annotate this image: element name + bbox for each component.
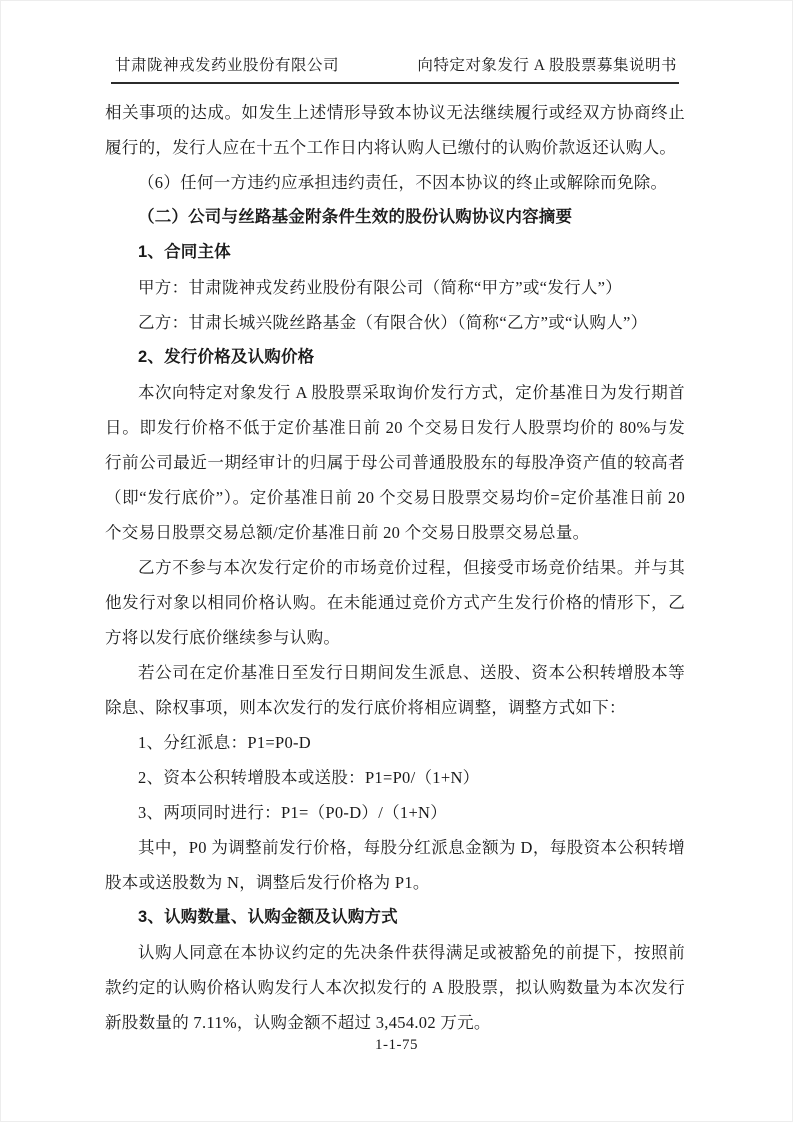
paragraph: 本次向特定对象发行 A 股股票采取询价发行方式，定价基准日为发行期首日。即发行价…	[105, 375, 685, 550]
paragraph: 若公司在定价基准日至发行日期间发生派息、送股、资本公积转增股本等除息、除权事项，…	[105, 655, 685, 725]
paragraph: 2、资本公积转增股本或送股：P1=P0/（1+N）	[105, 760, 685, 795]
paragraph: 乙方不参与本次发行定价的市场竞价过程，但接受市场竞价结果。并与其他发行对象以相同…	[105, 550, 685, 655]
header-company-name: 甘肃陇神戎发药业股份有限公司	[111, 53, 339, 75]
paragraph: 其中，P0 为调整前发行价格，每股分红派息金额为 D，每股资本公积转增股本或送股…	[105, 830, 685, 900]
paragraph: 相关事项的达成。如发生上述情形导致本协议无法继续履行或经双方协商终止履行的，发行…	[105, 95, 685, 165]
header-document-title: 向特定对象发行 A 股股票募集说明书	[417, 53, 679, 75]
paragraph: 认购人同意在本协议约定的先决条件获得满足或被豁免的前提下，按照前款约定的认购价格…	[105, 935, 685, 1040]
document-body: 相关事项的达成。如发生上述情形导致本协议无法继续履行或经双方协商终止履行的，发行…	[105, 95, 685, 1040]
document-page: 甘肃陇神戎发药业股份有限公司 向特定对象发行 A 股股票募集说明书 相关事项的达…	[0, 0, 793, 1122]
page-footer: 1-1-75	[1, 1037, 792, 1054]
section-heading: 3、认购数量、认购金额及认购方式	[105, 900, 685, 935]
paragraph: 乙方：甘肃长城兴陇丝路基金（有限合伙）（简称“乙方”或“认购人”）	[105, 305, 685, 340]
paragraph: 甲方：甘肃陇神戎发药业股份有限公司（简称“甲方”或“发行人”）	[105, 270, 685, 305]
paragraph: 3、两项同时进行：P1=（P0-D）/（1+N）	[105, 795, 685, 830]
paragraph: （6）任何一方违约应承担违约责任，不因本协议的终止或解除而免除。	[105, 165, 685, 200]
section-heading: （二）公司与丝路基金附条件生效的股份认购协议内容摘要	[105, 200, 685, 235]
section-heading: 1、合同主体	[105, 235, 685, 270]
section-heading: 2、发行价格及认购价格	[105, 340, 685, 375]
page-header: 甘肃陇神戎发药业股份有限公司 向特定对象发行 A 股股票募集说明书	[111, 53, 679, 84]
page-number: 1-1-75	[375, 1037, 418, 1053]
paragraph: 1、分红派息：P1=P0-D	[105, 725, 685, 760]
